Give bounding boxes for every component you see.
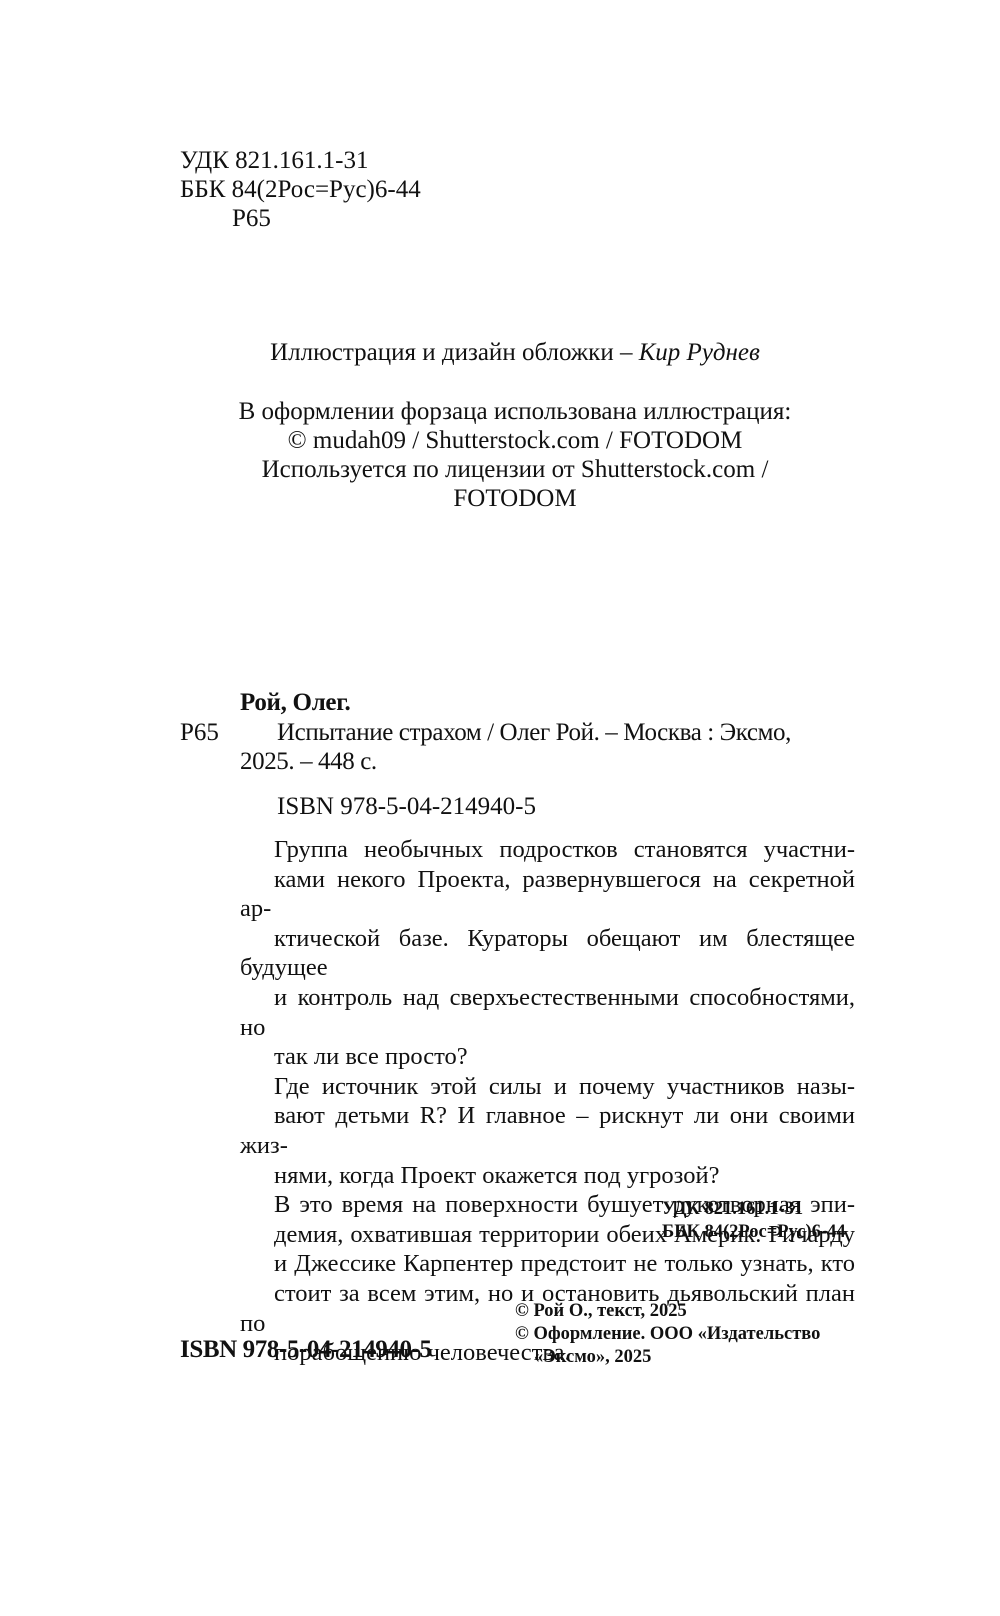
annotation-line: Где источник этой силы и почему участник… [240,1072,855,1102]
endpaper-credit-line: FOTODOM [0,484,1000,513]
index-block: УДК 821.161.1-31 ББК 84(2Рос=Рус)6-44 [662,1198,846,1244]
udk-code: УДК 821.161.1-31 [180,146,421,175]
annotation-line: и контроль над сверхъестественными спосо… [240,983,855,1042]
annotation-line: нями, когда Проект окажется под угрозой? [240,1161,855,1191]
classification-block: УДК 821.161.1-31 ББК 84(2Рос=Рус)6-44 Р6… [180,146,421,233]
annotation-line: так ли все просто? [240,1042,855,1072]
isbn: ISBN 978-5-04-214940-5 [277,792,536,821]
index-bbk: ББК 84(2Рос=Рус)6-44 [662,1221,846,1244]
annotation-line: ками некого Проекта, развернувшегося на … [240,865,855,924]
annotation-paragraph: Где источник этой силы и почему участник… [240,1072,855,1190]
title-line: 2025. – 448 с. [240,747,855,776]
index-udk: УДК 821.161.1-31 [662,1198,846,1221]
annotation-line: и Джессике Карпентер предстоит не только… [240,1249,855,1279]
footer-isbn: ISBN 978-5-04-214940-5 [180,1336,432,1364]
endpaper-credit-line: © mudah09 / Shutterstock.com / FOTODOM [0,426,1000,455]
endpaper-credit-line: В оформлении форзаца использована иллюст… [0,397,1000,426]
endpaper-credit-line: Используется по лицензии от Shutterstock… [0,455,1000,484]
author-sign: Р65 [180,204,421,233]
copyright-text: © Рой О., текст, 2025 [515,1300,820,1323]
bbk-code: ББК 84(2Рос=Рус)6-44 [180,175,421,204]
annotation-paragraph: Группа необычных подростков становятся у… [240,835,855,1072]
copyright-design-cont: «Эксмо», 2025 [515,1346,820,1369]
annotation-line: ктической базе. Кураторы обещают им блес… [240,924,855,983]
cover-credit-label: Иллюстрация и дизайн обложки – [270,339,639,366]
cover-credit: Иллюстрация и дизайн обложки – Кир Рудне… [0,338,1000,367]
credits-block: Иллюстрация и дизайн обложки – Кир Рудне… [0,338,1000,513]
annotation-line: вают детьми R? И главное – рискнут ли он… [240,1101,855,1160]
annotation-line: Группа необычных подростков становятся у… [240,835,855,865]
title-line: Испытание страхом / Олег Рой. – Москва :… [240,718,855,747]
bibliographic-description: Испытание страхом / Олег Рой. – Москва :… [240,718,855,776]
annotation: Группа необычных подростков становятся у… [240,835,855,1368]
author-heading: Рой, Олег. [240,688,350,717]
copyright-block: © Рой О., текст, 2025 © Оформление. ООО … [515,1300,820,1369]
cover-artist: Кир Руднев [639,339,760,366]
copyright-design: © Оформление. ООО «Издательство [515,1323,820,1346]
bib-author-sign: Р65 [180,718,219,747]
